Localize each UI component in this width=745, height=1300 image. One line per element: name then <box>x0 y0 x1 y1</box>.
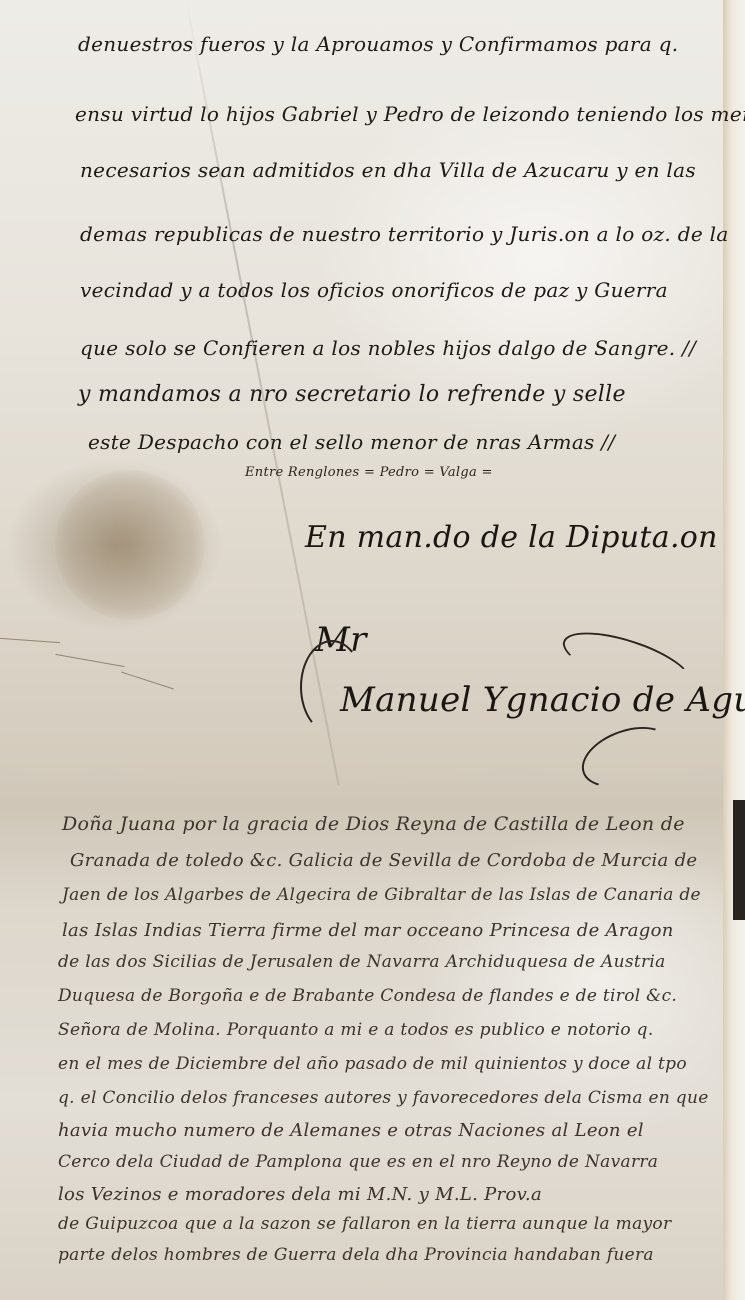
text-line: en el mes de Diciembre del año pasado de… <box>58 1054 687 1074</box>
text-line: havia mucho numero de Alemanes e otras N… <box>58 1120 644 1141</box>
text-line: ensu virtud lo hijos Gabriel y Pedro de … <box>75 102 745 126</box>
text-line: que solo se Confieren a los nobles hijos… <box>80 336 696 360</box>
page-right-edge <box>723 0 745 1300</box>
text-line: denuestros fueros y la Aprouamos y Confi… <box>78 32 678 56</box>
signature-flourish <box>300 640 364 734</box>
text-line: Jaen de los Algarbes de Algecira de Gibr… <box>62 885 701 905</box>
text-line: de las dos Sicilias de Jerusalen de Nava… <box>58 952 666 972</box>
mandate-line: En man.do de la Diputa.on <box>305 520 718 555</box>
text-line: y mandamos a nro secretario lo refrende … <box>78 382 626 407</box>
text-line: Duquesa de Borgoña e de Brabante Condesa… <box>58 986 677 1006</box>
text-line: Cerco dela Ciudad de Pamplona que es en … <box>58 1152 658 1172</box>
text-line: Doña Juana por la gracia de Dios Reyna d… <box>62 813 685 835</box>
text-line: demas republicas de nuestro territorio y… <box>80 222 729 246</box>
text-line: este Despacho con el sello menor de nras… <box>88 430 615 454</box>
text-line: parte delos hombres de Guerra dela dha P… <box>58 1245 654 1265</box>
manuscript-page: denuestros fueros y la Aprouamos y Confi… <box>0 0 745 1300</box>
marginal-note: Entre Renglones = Pedro = Valga = <box>245 465 493 480</box>
text-line: Señora de Molina. Porquanto a mi e a tod… <box>58 1020 654 1040</box>
text-line: de Guipuzcoa que a la sazon se fallaron … <box>58 1214 671 1234</box>
text-line: los Vezinos e moradores dela mi M.N. y M… <box>58 1184 542 1205</box>
text-line: necesarios sean admitidos en dha Villa d… <box>80 158 696 182</box>
text-line: vecindad y a todos los oficios onorifico… <box>80 278 668 302</box>
text-line: q. el Concilio delos franceses autores y… <box>58 1088 709 1108</box>
text-line: Granada de toledo &c. Galicia de Sevilla… <box>70 850 697 871</box>
text-line: las Islas Indias Tierra firme del mar oc… <box>62 920 674 941</box>
wax-seal-stain <box>55 470 205 620</box>
page-edge-shadow <box>733 800 745 920</box>
